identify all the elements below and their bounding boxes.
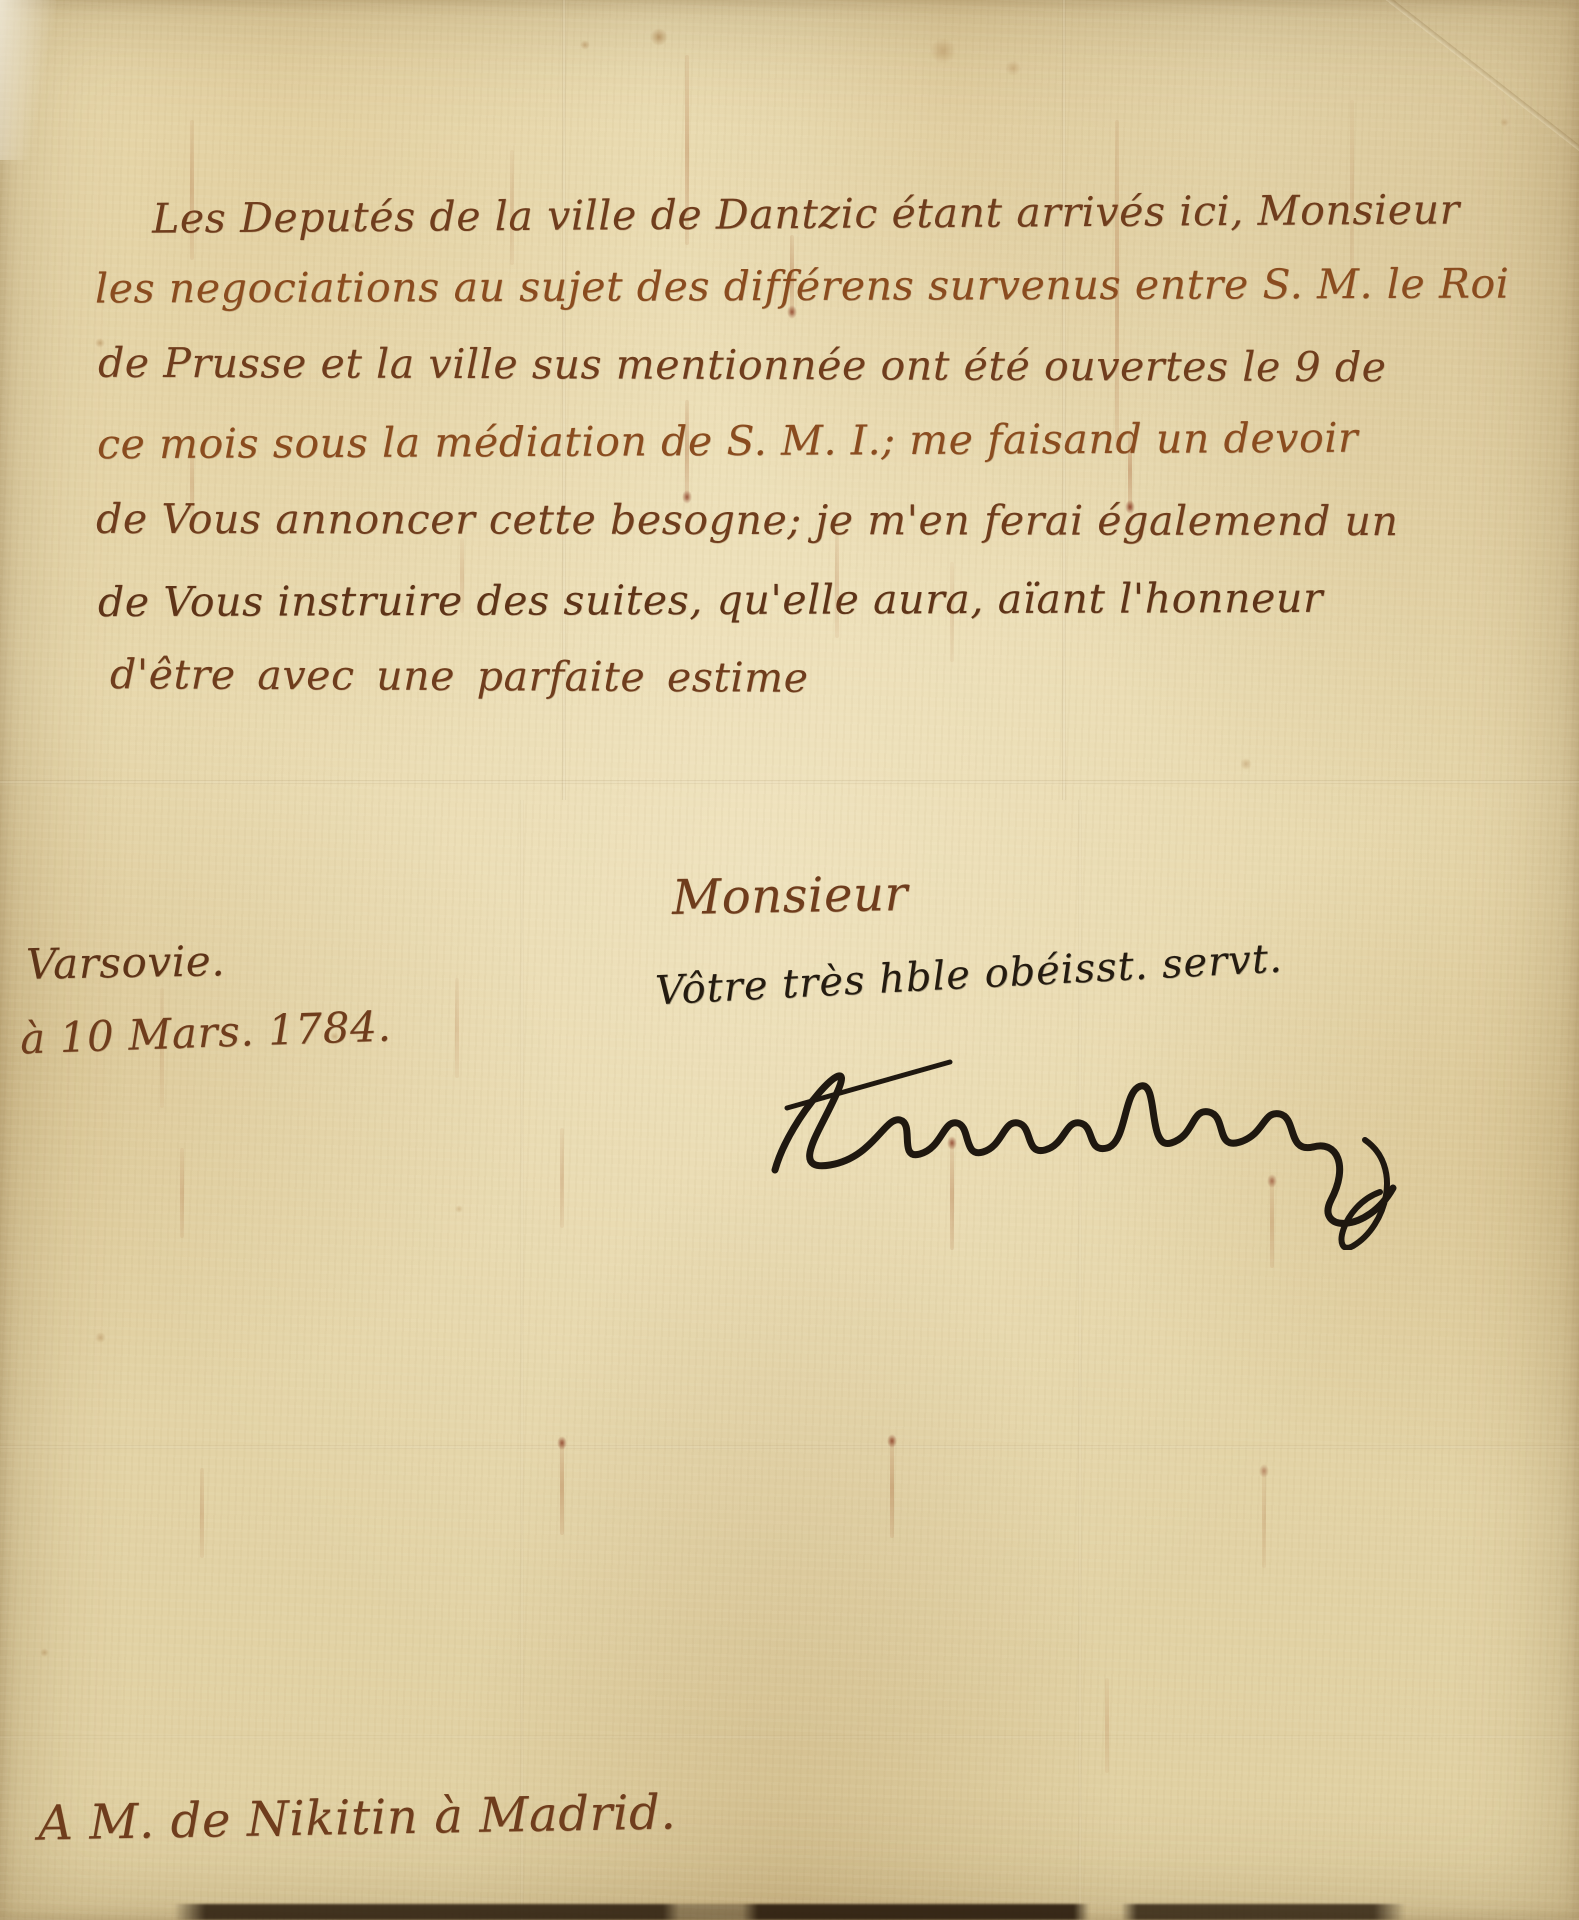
fold-crease	[0, 1735, 1579, 1739]
scan-edge	[0, 1904, 1579, 1920]
ink-drip-stain	[200, 1468, 204, 1558]
body-line: de Vous instruire des suites, qu'elle au…	[98, 574, 1323, 626]
foxing-spot	[330, 1032, 339, 1041]
ink-drip-tip	[787, 305, 797, 319]
ink-drip-stain	[190, 438, 194, 528]
foxing-spot	[650, 28, 668, 46]
signature	[735, 1020, 1425, 1250]
body-line: de Prusse et la ville sus mentionnée ont…	[98, 339, 1387, 391]
ink-drip-tip	[887, 1434, 897, 1448]
ink-drip-stain	[685, 400, 689, 500]
ink-drip-stain	[190, 120, 194, 260]
ink-drip-stain	[160, 988, 164, 1108]
ink-drip-stain	[1270, 1178, 1274, 1268]
salutation: Monsieur	[672, 866, 909, 926]
ink-drip-stain	[510, 150, 514, 265]
ink-drip-stain	[560, 1440, 564, 1535]
ink-drip-stain	[1128, 430, 1132, 510]
ink-drip-tip	[947, 1136, 957, 1150]
ink-drip-stain	[1350, 100, 1354, 290]
foxing-spot	[455, 1205, 463, 1213]
foxing-spot	[95, 338, 105, 348]
body-line: les negociations au sujet des différens …	[95, 260, 1510, 313]
foxing-spot	[350, 222, 357, 229]
letter-scan: Les Deputés de la ville de Dantzic étant…	[0, 0, 1579, 1920]
ink-drip-stain	[950, 562, 954, 662]
torn-corner	[0, 0, 70, 160]
ink-drip-stain	[560, 1128, 564, 1228]
fold-crease	[0, 1445, 1579, 1449]
ink-drip-stain	[890, 1438, 894, 1538]
fold-crease	[520, 800, 524, 1920]
fold-crease	[0, 780, 1579, 784]
foxing-spot	[1240, 758, 1252, 770]
ink-drip-stain	[455, 978, 459, 1078]
ink-drip-tip	[557, 1436, 567, 1450]
ink-drip-stain	[835, 528, 839, 638]
ink-drip-stain	[180, 1148, 184, 1238]
ink-drip-tip	[1259, 1464, 1269, 1478]
foxing-spot	[1500, 118, 1509, 127]
ink-drip-tip	[1267, 1174, 1277, 1188]
foxing-spot	[1005, 60, 1021, 76]
ink-drip-stain	[1105, 1678, 1109, 1773]
ink-drip-tip	[682, 490, 692, 504]
ink-drip-tip	[1125, 500, 1135, 514]
fold-crease	[1062, 0, 1066, 800]
fold-crease	[1296, 0, 1579, 151]
foxing-spot	[580, 40, 590, 50]
body-line: de Vous annoncer cette besogne; je m'en …	[96, 495, 1399, 545]
address: A M. de Nikitin à Madrid.	[38, 1784, 677, 1851]
body-line: Les Deputés de la ville de Dantzic étant…	[152, 185, 1460, 242]
ink-drip-stain	[685, 55, 689, 245]
place: Varsovie.	[26, 936, 226, 988]
foxing-spot	[40, 1648, 49, 1657]
valediction: Vôtre très hble obéisst. servt.	[654, 936, 1284, 1015]
ink-drip-stain	[1262, 1468, 1266, 1568]
foxing-spot	[930, 38, 956, 64]
foxing-spot	[95, 1332, 106, 1343]
ink-drip-stain	[460, 538, 464, 613]
ink-drip-stain	[950, 1140, 954, 1250]
ink-drip-stain	[1115, 120, 1119, 450]
body-line: ce mois sous la médiation de S. M. I.; m…	[97, 414, 1358, 469]
body-line: d'être avec une parfaite estime	[110, 650, 809, 702]
ink-drip-stain	[790, 235, 794, 315]
